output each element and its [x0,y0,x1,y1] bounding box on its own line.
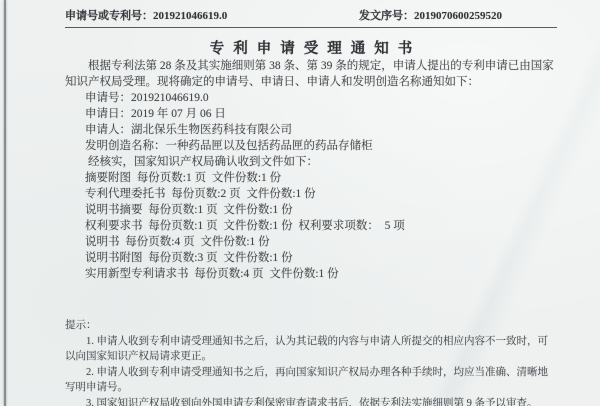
application-number: 申请号或专利号：201921046619.0 [65,7,227,23]
list-item: 说明书摘要 每份页数:1 页 文件份数:1 份 [85,202,557,218]
list-item: 说明书附图 每份页数:3 页 文件份数:1 份 [85,250,557,266]
dispatch-number-label: 发文序号： [359,10,414,22]
note-item-3: 3. 国家知识产权局收到向外国申请专利保密审查请求书后，依据专利法实施细则第 9… [65,396,557,406]
list-item: 专利代理委托书 每份页数:2 页 文件份数:1 份 [85,186,557,202]
list-item: 摘要附图 每份页数:1 页 文件份数:1 份 [85,170,557,186]
note-item-1: 1. 申请人收到专利申请受理通知书之后，认为其记载的内容与申请人所提交的相应内容… [65,334,557,365]
detail-applicant: 申请人：湖北保乐生物医药科技有限公司 [85,122,557,138]
header-divider [65,27,557,28]
list-item: 说明书 每份页数:4 页 文件份数:1 份 [85,234,557,250]
application-details: 申请号：201921046619.0 申请日：2019 年 07 月 06 日 … [85,90,557,154]
application-number-label: 申请号或专利号： [65,10,153,22]
list-item: 实用新型专利请求书 每份页数:4 页 文件份数:1 份 [85,266,557,282]
scanned-document-page: 申请号或专利号：201921046619.0 发文序号：201907060025… [0,0,600,406]
dispatch-number: 发文序号：2019070600259520 [359,7,502,23]
received-documents-list: 摘要附图 每份页数:1 页 文件份数:1 份 专利代理委托书 每份页数:2 页 … [85,170,557,282]
document-body: 根据专利法第 28 条及其实施细则第 38 条、第 39 条的规定，申请人提出的… [65,58,557,282]
notes-heading: 提示： [65,318,557,334]
confirmation-line: 经核实，国家知识产权局确认收到文件如下： [65,154,557,170]
list-item: 权利要求书 每份页数:1 页 文件份数:1 份 权利要求项数： 5 项 [85,218,557,234]
document-header: 申请号或专利号：201921046619.0 发文序号：201907060025… [65,7,557,23]
detail-application-no: 申请号：201921046619.0 [85,90,557,106]
dispatch-number-value: 2019070600259520 [414,10,502,22]
detail-invention-title: 发明创造名称：一种药品匣以及包括药品匣的药品存储柜 [85,138,557,154]
notes-section: 提示： 1. 申请人收到专利申请受理通知书之后，认为其记载的内容与申请人所提交的… [65,318,557,406]
detail-filing-date: 申请日：2019 年 07 月 06 日 [85,106,557,122]
application-number-value: 201921046619.0 [153,10,227,22]
page-title: 专利申请受理通知书 [65,37,557,58]
scan-edge-line [4,0,6,406]
intro-paragraph: 根据专利法第 28 条及其实施细则第 38 条、第 39 条的规定，申请人提出的… [65,58,557,90]
note-item-2: 2. 申请人收到专利申请受理通知书之后，再向国家知识产权局办理各种手续时，均应当… [65,365,557,396]
